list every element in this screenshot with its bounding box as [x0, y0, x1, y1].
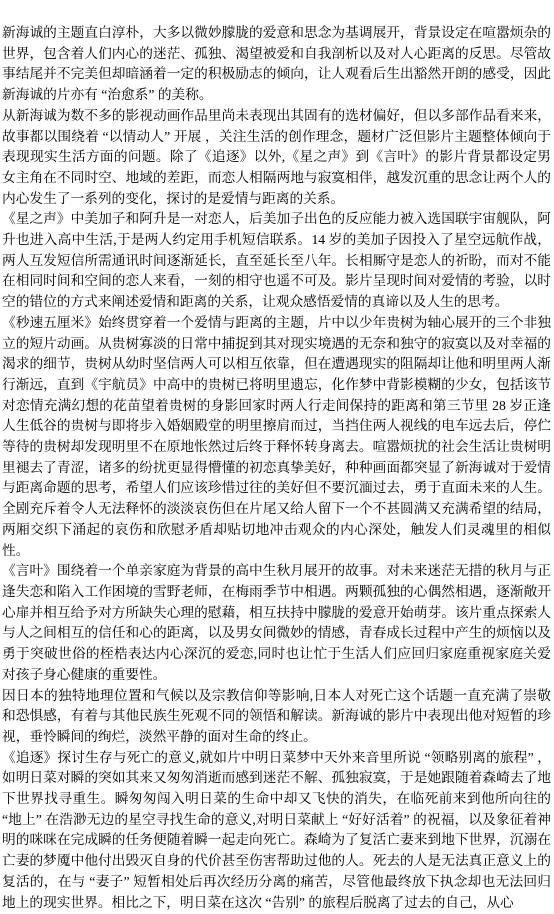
paragraph-voices-of-a-distant-star: 《星之声》中美加子和阿升是一对恋人，后美加子出色的反应能力被入选国联宇宙舰队，阿…: [2, 209, 551, 313]
paragraph-five-centimeters-per-second: 《秒速五厘米》始终贯穿着一个爱情与距离的主题，片中以少年贵树为轴心展开的三个非独…: [2, 313, 551, 561]
paragraph-creative-concept: 从新海诚为数不多的影视动画作品里尚未表现出其固有的选材偏好，但以多部作品看来来，…: [2, 106, 551, 210]
paragraph-japanese-view-of-death: 因日本的独特地理位置和气候以及宗教信仰等影响,日本人对死亡这个话题一直充满了崇敬…: [2, 686, 551, 748]
paragraph-shinkai-themes: 新海诚的主题直白淳朴，大多以微妙朦胧的爱意和思念为基调展开，背景设定在喧嚣烦杂的…: [2, 23, 551, 106]
paragraph-garden-of-words: 《言叶》围绕着一个单亲家庭为背景的高中生秋月展开的故事。对未来迷茫无措的秋月与正…: [2, 561, 551, 685]
document-page: 新海诚的主题直白淳朴，大多以微妙朦胧的爱意和思念为基调展开，背景设定在喧嚣烦杂的…: [0, 0, 554, 914]
paragraph-children-who-chase-lost-voices: 《追逐》探讨生存与死亡的意义,就如片中明日菜梦中天外来音里所说 “领略别离的旅程…: [2, 748, 551, 914]
